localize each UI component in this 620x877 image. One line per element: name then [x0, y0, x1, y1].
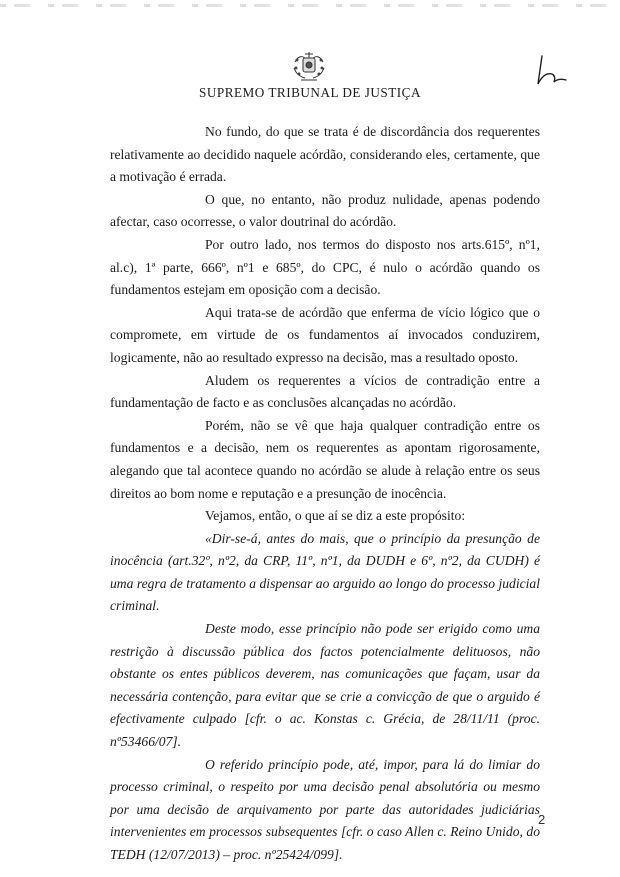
paragraph: Aludem os requerentes a vícios de contra… [110, 370, 540, 415]
quoted-paragraph: Deste modo, esse princípio não pode ser … [110, 618, 540, 754]
paragraph: No fundo, do que se trata é de discordân… [110, 121, 540, 189]
document-body: No fundo, do que se trata é de discordân… [110, 121, 540, 867]
scan-artifact [0, 4, 620, 7]
handwritten-initial-mark [534, 52, 574, 88]
quoted-paragraph: «Dir-se-á, antes do mais, que o princípi… [110, 528, 540, 618]
coat-of-arms-emblem [291, 48, 327, 84]
quoted-paragraph: O referido princípio pode, até, impor, p… [110, 754, 540, 867]
page-number: 2 [538, 812, 545, 827]
paragraph: Porém, não se vê que haja qualquer contr… [110, 415, 540, 505]
court-name-heading: SUPREMO TRIBUNAL DE JUSTIÇA [0, 85, 620, 101]
paragraph: Aqui trata-se de acórdão que enferma de … [110, 302, 540, 370]
paragraph: Por outro lado, nos termos do disposto n… [110, 234, 540, 302]
paragraph: O que, no entanto, não produz nulidade, … [110, 189, 540, 234]
paragraph: Vejamos, então, o que aí se diz a este p… [110, 505, 540, 528]
